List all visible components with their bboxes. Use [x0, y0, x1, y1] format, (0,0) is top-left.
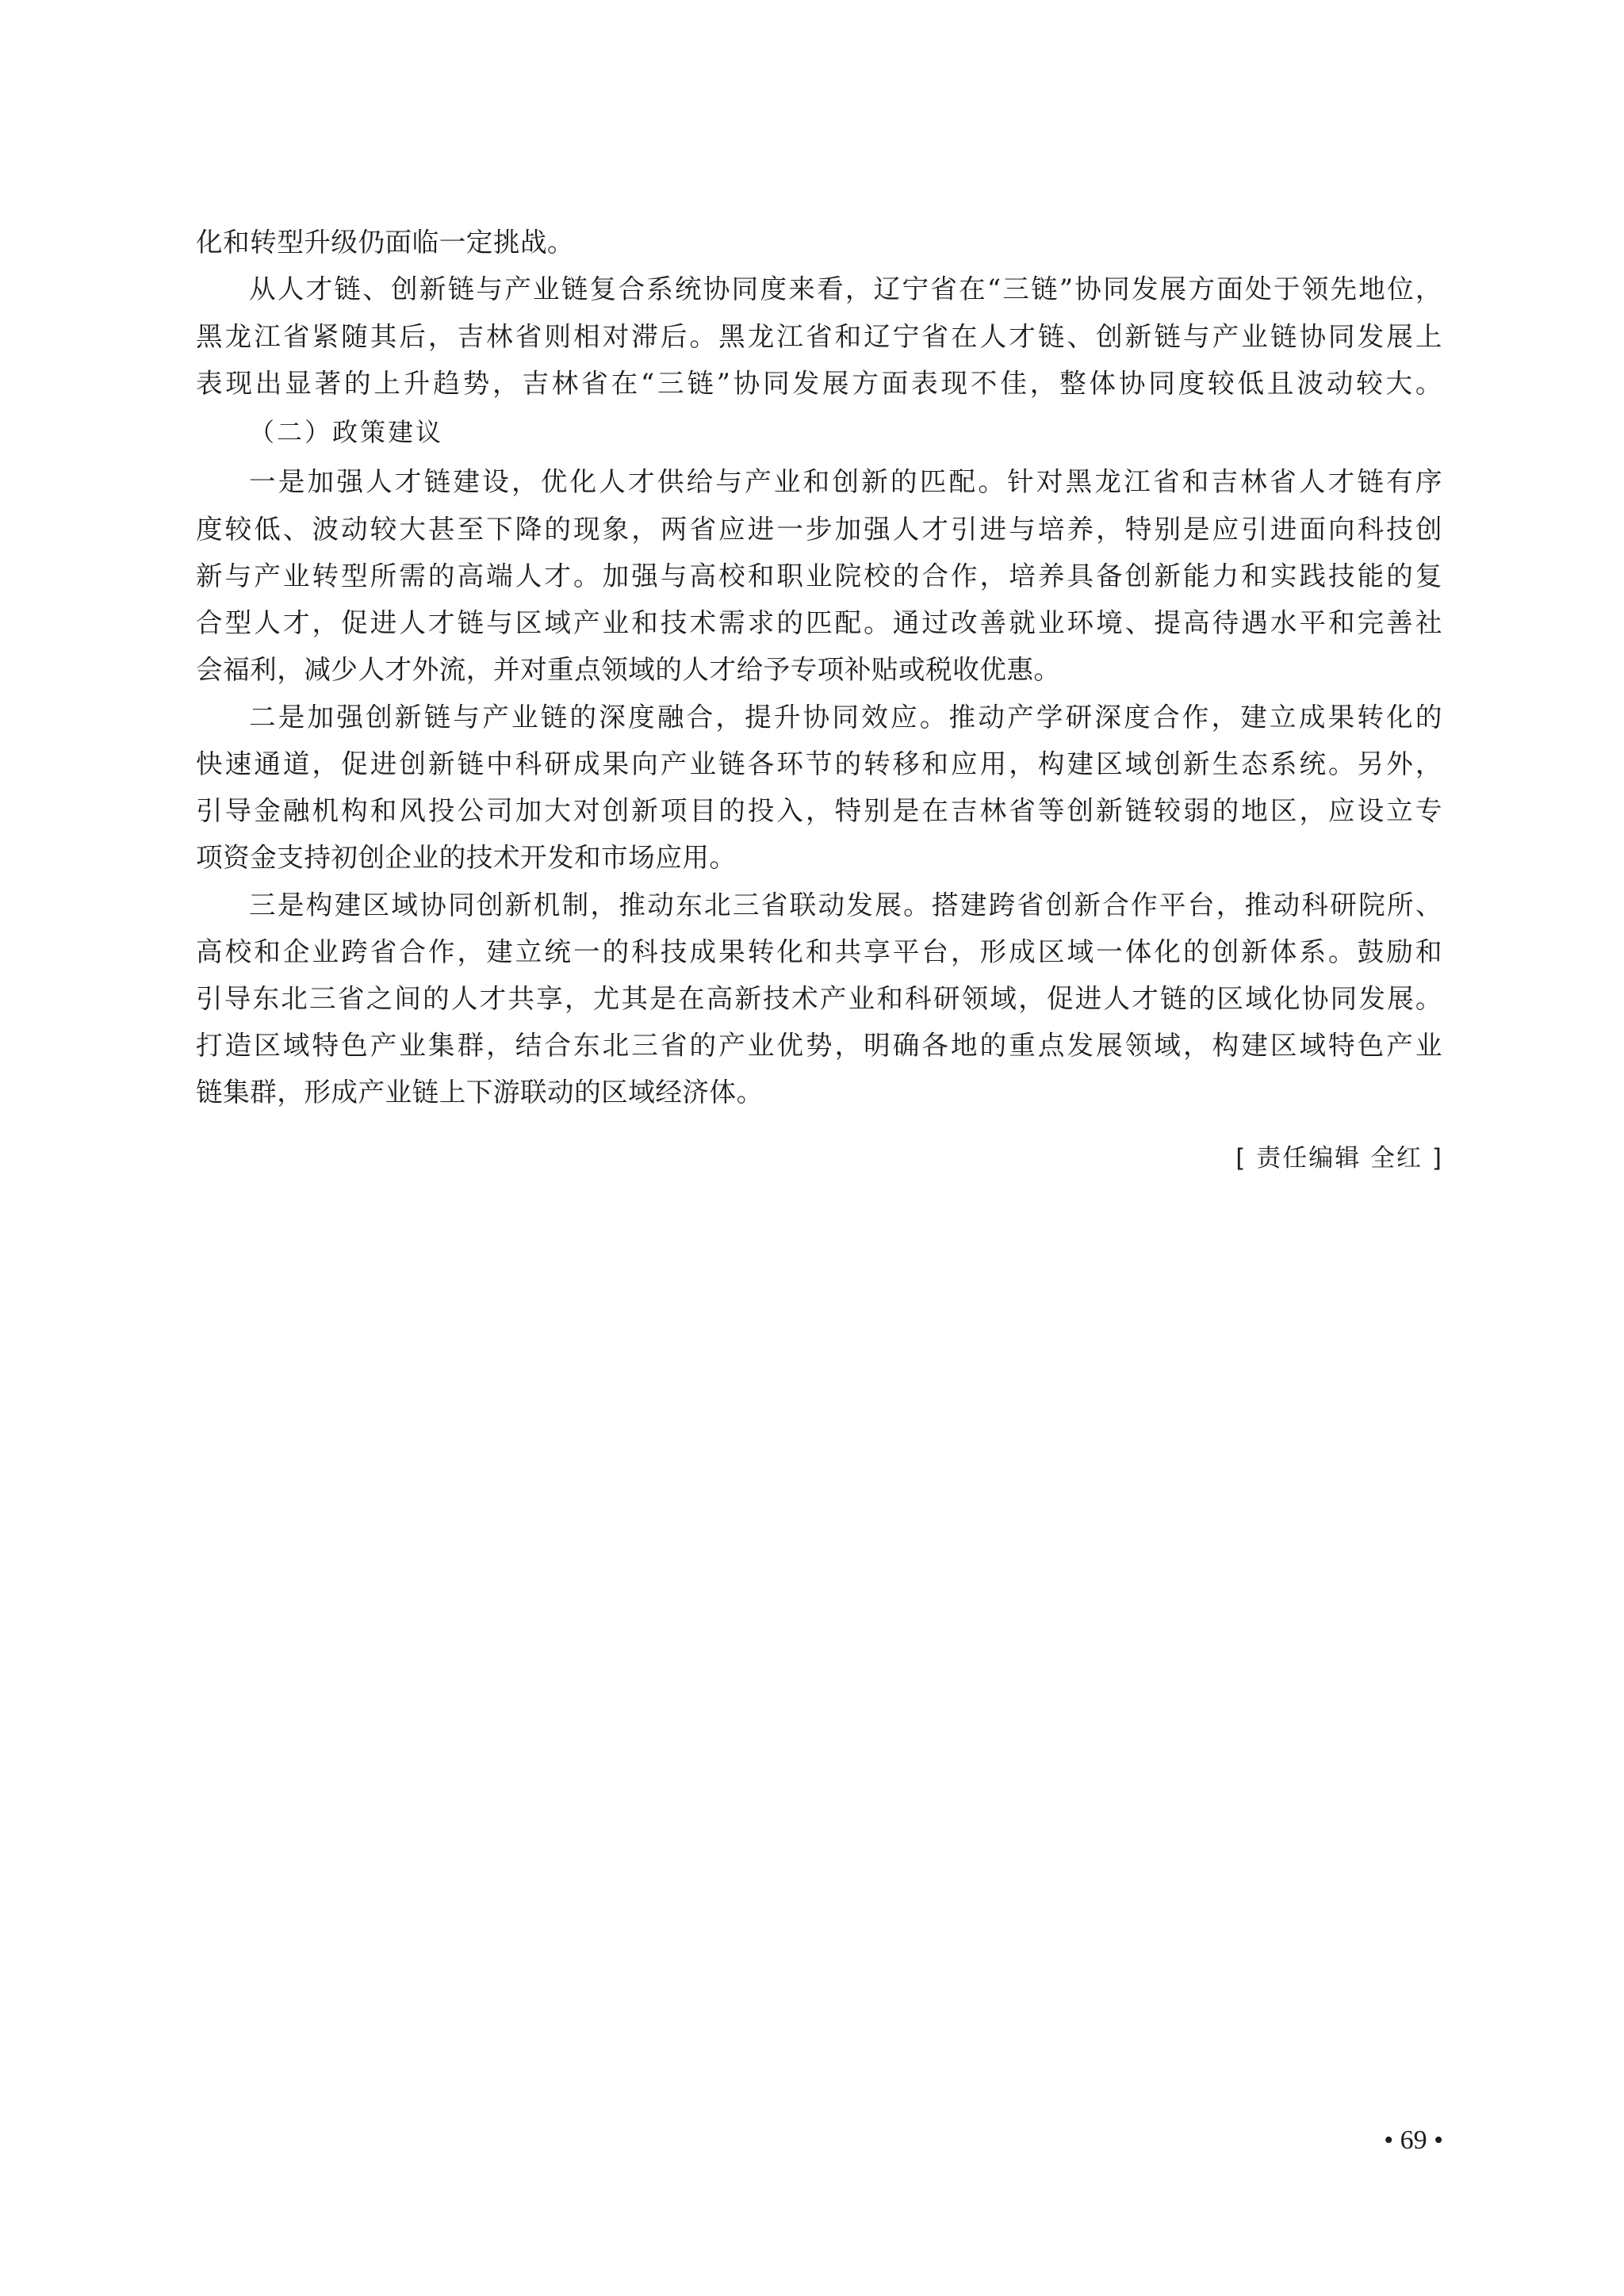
document-page: 化和转型升级仍面临一定挑战。 从人才链、创新链与产业链复合系统协同度来看，辽宁省…	[0, 0, 1624, 2296]
paragraph-line: 打造区域特色产业集群，结合东北三省的产业优势，明确各地的重点发展领域，构建区域特…	[196, 1025, 1442, 1066]
paragraph-line: 引导金融机构和风投公司加大对创新项目的投入，特别是在吉林省等创新链较弱的地区，应…	[196, 790, 1442, 832]
paragraph-line: 三是构建区域协同创新机制，推动东北三省联动发展。搭建跨省创新合作平台，推动科研院…	[249, 885, 1442, 926]
editor-note: [ 责任编辑 全红 ]	[1235, 1138, 1443, 1178]
paragraph-line: 度较低、波动较大甚至下降的现象，两省应进一步加强人才引进与培养，特别是应引进面向…	[196, 509, 1442, 550]
paragraph-line: 新与产业转型所需的高端人才。加强与高校和职业院校的合作，培养具备创新能力和实践技…	[196, 556, 1442, 597]
paragraph-line: 会福利，减少人才外流，并对重点领域的人才给予专项补贴或税收优惠。	[196, 649, 1442, 691]
paragraph-line: 化和转型升级仍面临一定挑战。	[196, 222, 1442, 263]
paragraph-line: 项资金支持初创企业的技术开发和市场应用。	[196, 837, 1442, 878]
paragraph-line: 表现出显著的上升趋势，吉林省在“三链”协同发展方面表现不佳，整体协同度较低且波动…	[196, 363, 1442, 404]
paragraph-line: 二是加强创新链与产业链的深度融合，提升协同效应。推动产学研深度合作，建立成果转化…	[249, 697, 1442, 738]
page-number: • 69 •	[1384, 2122, 1443, 2160]
paragraph-line: 链集群，形成产业链上下游联动的区域经济体。	[196, 1072, 1442, 1113]
paragraph-line: 快速通道，促进创新链中科研成果向产业链各环节的转移和应用，构建区域创新生态系统。…	[196, 744, 1442, 785]
paragraph-line: 高校和企业跨省合作，建立统一的科技成果转化和共享平台，形成区域一体化的创新体系。…	[196, 932, 1442, 973]
paragraph-line: 一是加强人才链建设，优化人才供给与产业和创新的匹配。针对黑龙江省和吉林省人才链有…	[249, 461, 1442, 503]
section-heading: （二）政策建议	[249, 411, 443, 453]
paragraph-line: 从人才链、创新链与产业链复合系统协同度来看，辽宁省在“三链”协同发展方面处于领先…	[249, 269, 1442, 310]
paragraph-line: 引导东北三省之间的人才共享，尤其是在高新技术产业和科研领域，促进人才链的区域化协…	[196, 978, 1442, 1020]
paragraph-line: 黑龙江省紧随其后，吉林省则相对滞后。黑龙江省和辽宁省在人才链、创新链与产业链协同…	[196, 316, 1442, 358]
paragraph-line: 合型人才，促进人才链与区域产业和技术需求的匹配。通过改善就业环境、提高待遇水平和…	[196, 603, 1442, 644]
